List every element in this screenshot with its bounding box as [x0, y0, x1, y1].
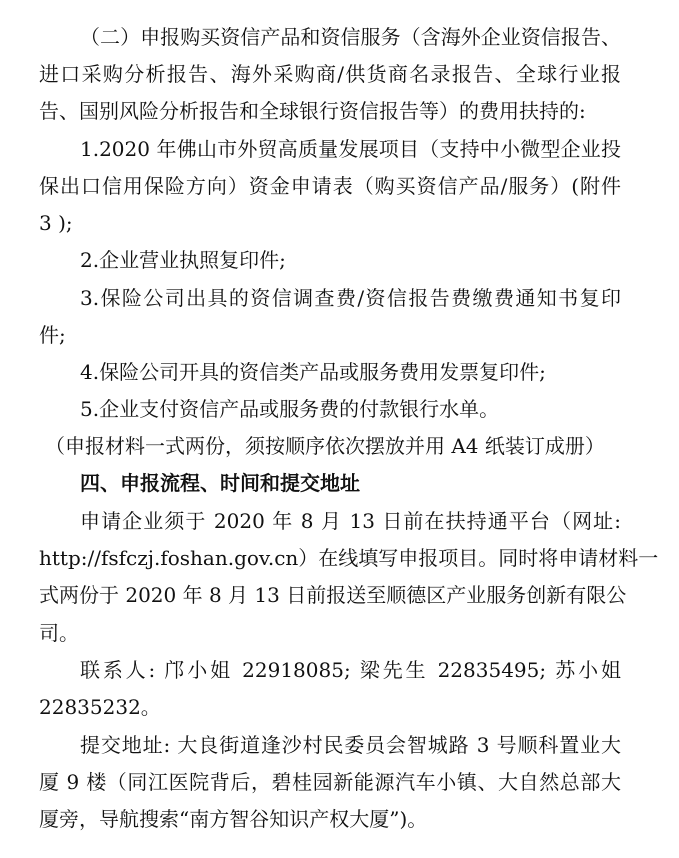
- contacts-line: 联系人: 邝小姐 22918085; 梁先生 22835495; 苏小姐: [80, 657, 621, 683]
- paragraph-line: 告、国别风险分析报告和全球银行资信报告等）的费用扶持的:: [39, 98, 586, 124]
- address-line: 提交地址: 大良街道逢沙村民委员会智城路 3 号顺科置业大: [80, 732, 621, 758]
- contacts-line: 22835232。: [39, 694, 161, 720]
- paragraph-line: 进口采购分析报告、海外采购商/供货商名录报告、全球行业报: [39, 61, 621, 87]
- list-item-4: 4.保险公司开具的资信类产品或服务费用发票复印件;: [80, 359, 546, 385]
- list-item-1: 1.2020 年佛山市外贸高质量发展项目（支持中小微型企业投: [80, 136, 621, 162]
- address-line: 厦 9 楼（同江医院背后，碧桂园新能源汽车小镇、大自然总部大: [39, 769, 621, 795]
- paragraph-line: 3 );: [39, 210, 73, 236]
- list-item-3: 3.保险公司出具的资信调查费/资信报告费缴费通知书复印: [80, 285, 621, 311]
- list-item-5: 5.企业支付资信产品或服务费的付款银行水单。: [80, 396, 499, 422]
- platform-url-line: http://fsfczj.foshan.gov.cn）在线填写申报项目。同时将…: [39, 545, 621, 571]
- paragraph-line: 申请企业须于 2020 年 8 月 13 日前在扶持通平台（网址:: [80, 508, 621, 534]
- paragraph-line: 司。: [39, 620, 79, 646]
- materials-note: （申报材料一式两份，须按顺序依次摆放并用 A4 纸装订成册）: [45, 433, 605, 459]
- section-heading-2: （二）申报购买资信产品和资信服务（含海外企业资信报告、: [80, 24, 621, 50]
- section-heading-4: 四、申报流程、时间和提交地址: [80, 470, 360, 496]
- paragraph-line: 式两份于 2020 年 8 月 13 日前报送至顺德区产业服务创新有限公: [39, 582, 621, 608]
- paragraph-line: 保出口信用保险方向）资金申请表（购买资信产品/服务）(附件: [39, 173, 621, 199]
- paragraph-line: 件;: [39, 322, 66, 348]
- list-item-2: 2.企业营业执照复印件;: [80, 247, 286, 273]
- address-line: 厦旁，导航搜索“南方智谷知识产权大厦”)。: [39, 806, 427, 832]
